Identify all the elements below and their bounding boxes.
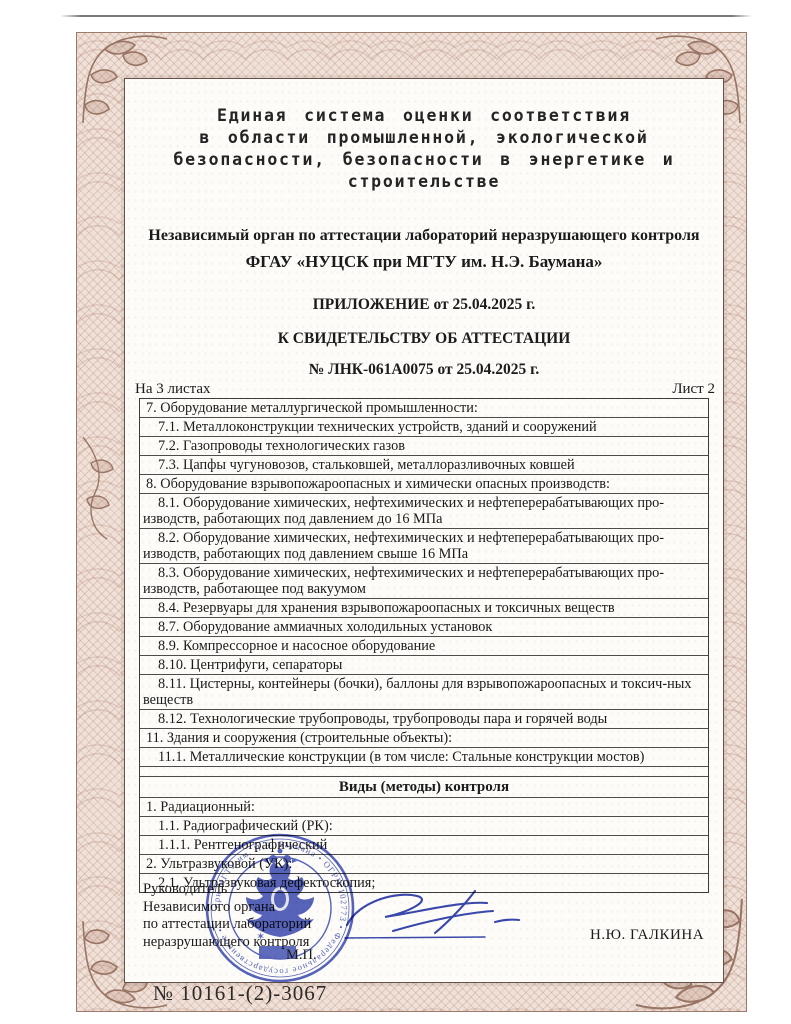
table-row: 8.11. Цистерны, контейнеры (бочки), балл… [140, 675, 708, 710]
system-title-line: Единая система оценки соответствия [131, 105, 717, 127]
org-name-line1: Независимый орган по аттестации лаборато… [125, 227, 723, 245]
sheets-count-label: На 3 листах [135, 380, 211, 398]
system-title-line: строительстве [131, 171, 717, 193]
annex-title: ПРИЛОЖЕНИЕ от 25.04.2025 г. [125, 296, 723, 314]
org-name-line2: ФГАУ «НУЦСК при МГТУ им. Н.Э. Баумана» [125, 252, 723, 272]
stamp-star: ✶ [256, 931, 265, 943]
table-row: 8.4. Резервуары для хранения взрывопожар… [140, 599, 708, 618]
scope-table: 7. Оборудование металлургической промышл… [139, 398, 709, 893]
certificate-title: К СВИДЕТЕЛЬСТВУ ОБ АТТЕСТАЦИИ [125, 330, 723, 348]
table-row: 8.3. Оборудование химических, нефтехимич… [140, 564, 708, 599]
system-title: Единая система оценки соответствия в обл… [131, 105, 717, 193]
table-row: 8.9. Компрессорное и насосное оборудован… [140, 637, 708, 656]
table-row: 11. Здания и сооружения (строительные об… [140, 729, 708, 748]
decorative-border: № 10161-(2)-3067 Единая система оценки с… [76, 32, 747, 1012]
double-eagle-icon [246, 849, 314, 938]
table-row: 8.7. Оборудование аммиачных холодильных … [140, 618, 708, 637]
scan-edge-line [60, 15, 752, 17]
official-stamp-icon: при МГТУ им. Н.Э. Баумана • ОГРН 102773 … [204, 832, 356, 984]
signature-autograph [335, 885, 530, 947]
methods-header: Виды (методы) контроля [140, 777, 708, 798]
table-row: 1. Радиационный: [140, 798, 708, 817]
table-row: 8.10. Центрифуги, сепараторы [140, 656, 708, 675]
signatory-name: Н.Ю. ГАЛКИНА [590, 927, 704, 944]
table-row: 7.3. Цапфы чугуновозов, стальковшей, мет… [140, 456, 708, 475]
table-row: 8. Оборудование взрывопожароопасных и хи… [140, 475, 708, 494]
table-row: 11.1. Металлические конструкции (в том ч… [140, 748, 708, 767]
table-row: 8.2. Оборудование химических, нефтехимич… [140, 529, 708, 564]
table-spacer-row [140, 767, 708, 777]
document-body: Единая система оценки соответствия в обл… [124, 78, 724, 983]
stamp-place-label: М.П. [286, 947, 317, 964]
system-title-line: безопасности, безопасности в энергетике … [131, 149, 717, 171]
table-row: 7.2. Газопроводы технологических газов [140, 437, 708, 456]
table-row: 8.12. Технологические трубопроводы, труб… [140, 710, 708, 729]
table-row: 7.1. Металлоконструкции технических устр… [140, 418, 708, 437]
form-serial-number: № 10161-(2)-3067 [153, 981, 327, 1006]
certificate-number: № ЛНК-061А0075 от 25.04.2025 г. [125, 361, 723, 379]
table-row: 7. Оборудование металлургической промышл… [140, 399, 708, 418]
system-title-line: в области промышленной, экологической [131, 127, 717, 149]
sheet-number-label: Лист 2 [672, 380, 715, 398]
table-row: 8.1. Оборудование химических, нефтехимич… [140, 494, 708, 529]
sheet-info-row: На 3 листах Лист 2 [135, 380, 715, 398]
